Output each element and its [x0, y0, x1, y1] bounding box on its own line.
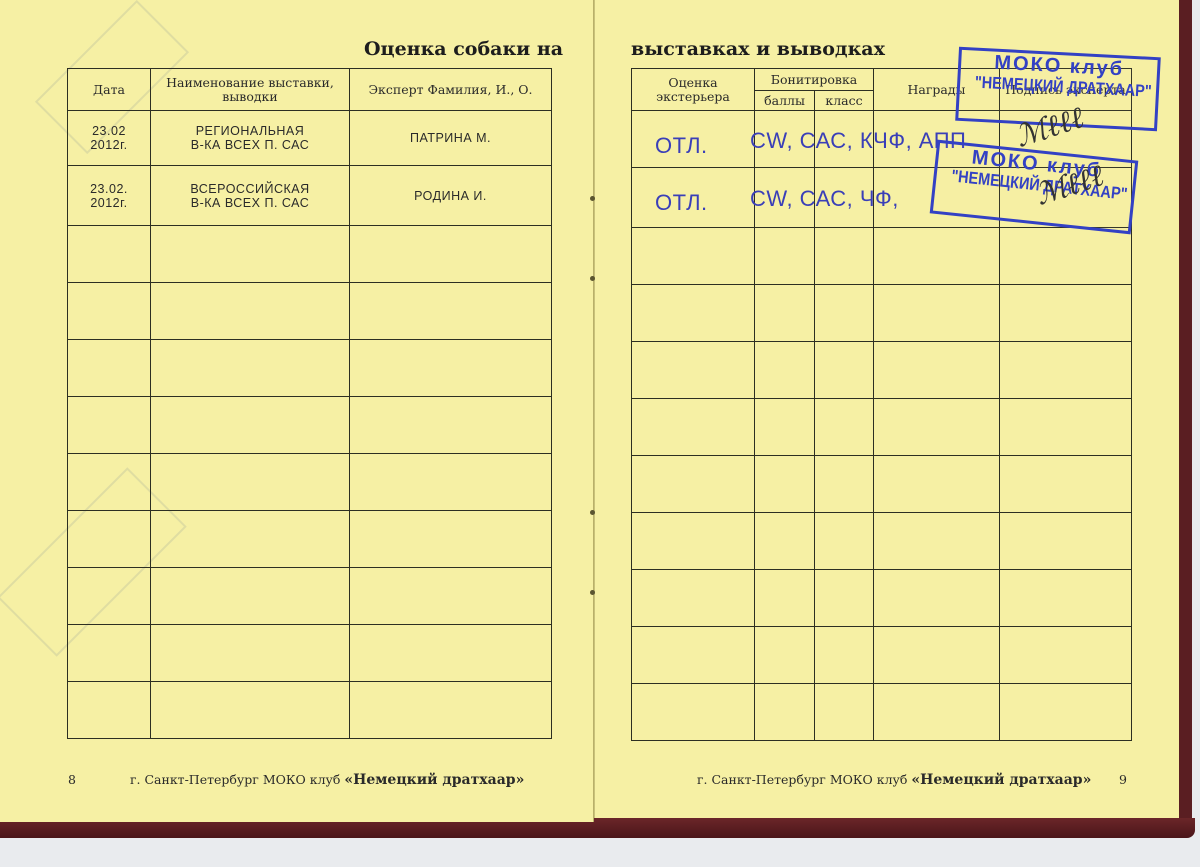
cell-date [68, 511, 151, 568]
table-row [632, 399, 1132, 456]
cell-show-name: РЕГИОНАЛЬНАЯ В-КА ВСЕХ П. САС [151, 111, 350, 166]
cell-date: 23.02. 2012г. [68, 166, 151, 226]
handwritten-exterior-row1: ОТЛ. [655, 133, 708, 159]
cell-expert: РОДИНА И. [350, 166, 552, 226]
table-header-row: Дата Наименование выставки, выводки Эксп… [68, 69, 552, 111]
cell-expert [350, 625, 552, 682]
table-row [632, 228, 1132, 285]
cell-expert [350, 454, 552, 511]
table-row [68, 397, 552, 454]
table-row [68, 454, 552, 511]
binding-stitch [590, 510, 595, 515]
header-show-name: Наименование выставки, выводки [151, 69, 350, 111]
table-row [68, 625, 552, 682]
header-exterior: Оценка экстерьера [632, 69, 755, 111]
cell-expert [350, 340, 552, 397]
footer-right: г. Санкт-Петербург МОКО клуб «Немецкий д… [697, 772, 1091, 788]
header-bonitation: Бонитировка [755, 69, 874, 91]
header-date: Дата [68, 69, 151, 111]
table-row [68, 682, 552, 739]
header-expert: Эксперт Фамилия, И., О. [350, 69, 552, 111]
page-title-right: выставках и выводках [631, 38, 885, 60]
page-number-left: 8 [68, 772, 76, 787]
footer-club-name: «Немецкий дратхаар» [344, 772, 524, 788]
cell-date: 23.02 2012г. [68, 111, 151, 166]
cell-date [68, 625, 151, 682]
table-row [68, 511, 552, 568]
footer-left: г. Санкт-Петербург МОКО клуб «Немецкий д… [130, 772, 524, 788]
cell-date [68, 454, 151, 511]
binding-stitch [590, 196, 595, 201]
cell-date [68, 397, 151, 454]
cell-date [68, 568, 151, 625]
cell-date [68, 226, 151, 283]
cell-expert: ПАТРИНА М. [350, 111, 552, 166]
table-row [68, 340, 552, 397]
binding-stitch [590, 590, 595, 595]
cell-expert [350, 511, 552, 568]
handwritten-awards-row2: CW, САС, ЧФ, [750, 186, 899, 212]
cell-show-name [151, 283, 350, 340]
table-row: 23.02. 2012г. ВСЕРОССИЙСКАЯ В-КА ВСЕХ П.… [68, 166, 552, 226]
page-title-left: Оценка собаки на [364, 38, 563, 60]
cell-expert [350, 397, 552, 454]
footer-city-text: г. Санкт-Петербург МОКО клуб [130, 772, 340, 787]
cell-show-name [151, 625, 350, 682]
cell-date [68, 283, 151, 340]
handwritten-exterior-row2: ОТЛ. [655, 190, 708, 216]
table-row [632, 285, 1132, 342]
cell-show-name [151, 511, 350, 568]
table-row [632, 627, 1132, 684]
table-row [632, 342, 1132, 399]
cell-expert [350, 283, 552, 340]
cell-show-name [151, 397, 350, 454]
table-row [632, 513, 1132, 570]
cell-expert [350, 568, 552, 625]
cell-expert [350, 226, 552, 283]
footer-city-text: г. Санкт-Петербург МОКО клуб [697, 772, 907, 787]
show-evaluation-table-left: Дата Наименование выставки, выводки Эксп… [67, 68, 552, 739]
page-number-right: 9 [1119, 772, 1127, 787]
cell-date [68, 340, 151, 397]
cell-show-name [151, 454, 350, 511]
cell-show-name [151, 568, 350, 625]
right-page: выставках и выводках Оценка экстерьера Б… [594, 0, 1179, 818]
table-row [68, 226, 552, 283]
table-row [68, 283, 552, 340]
cell-show-name [151, 340, 350, 397]
cell-expert [350, 682, 552, 739]
cell-show-name [151, 226, 350, 283]
binding-stitch [590, 276, 595, 281]
cell-date [68, 682, 151, 739]
table-row [632, 684, 1132, 741]
handwritten-awards-row1: CW, САС, КЧФ, АПП [750, 128, 966, 154]
table-row: 23.02 2012г. РЕГИОНАЛЬНАЯ В-КА ВСЕХ П. С… [68, 111, 552, 166]
footer-club-name: «Немецкий дратхаар» [911, 772, 1091, 788]
table-row [632, 570, 1132, 627]
table-row [632, 456, 1132, 513]
cell-show-name: ВСЕРОССИЙСКАЯ В-КА ВСЕХ П. САС [151, 166, 350, 226]
table-row [68, 568, 552, 625]
book-spine-fold [593, 0, 594, 822]
cell-show-name [151, 682, 350, 739]
header-class: класс [815, 91, 874, 111]
header-points: баллы [755, 91, 815, 111]
left-page: Оценка собаки на Дата Наименование выста… [0, 0, 594, 822]
